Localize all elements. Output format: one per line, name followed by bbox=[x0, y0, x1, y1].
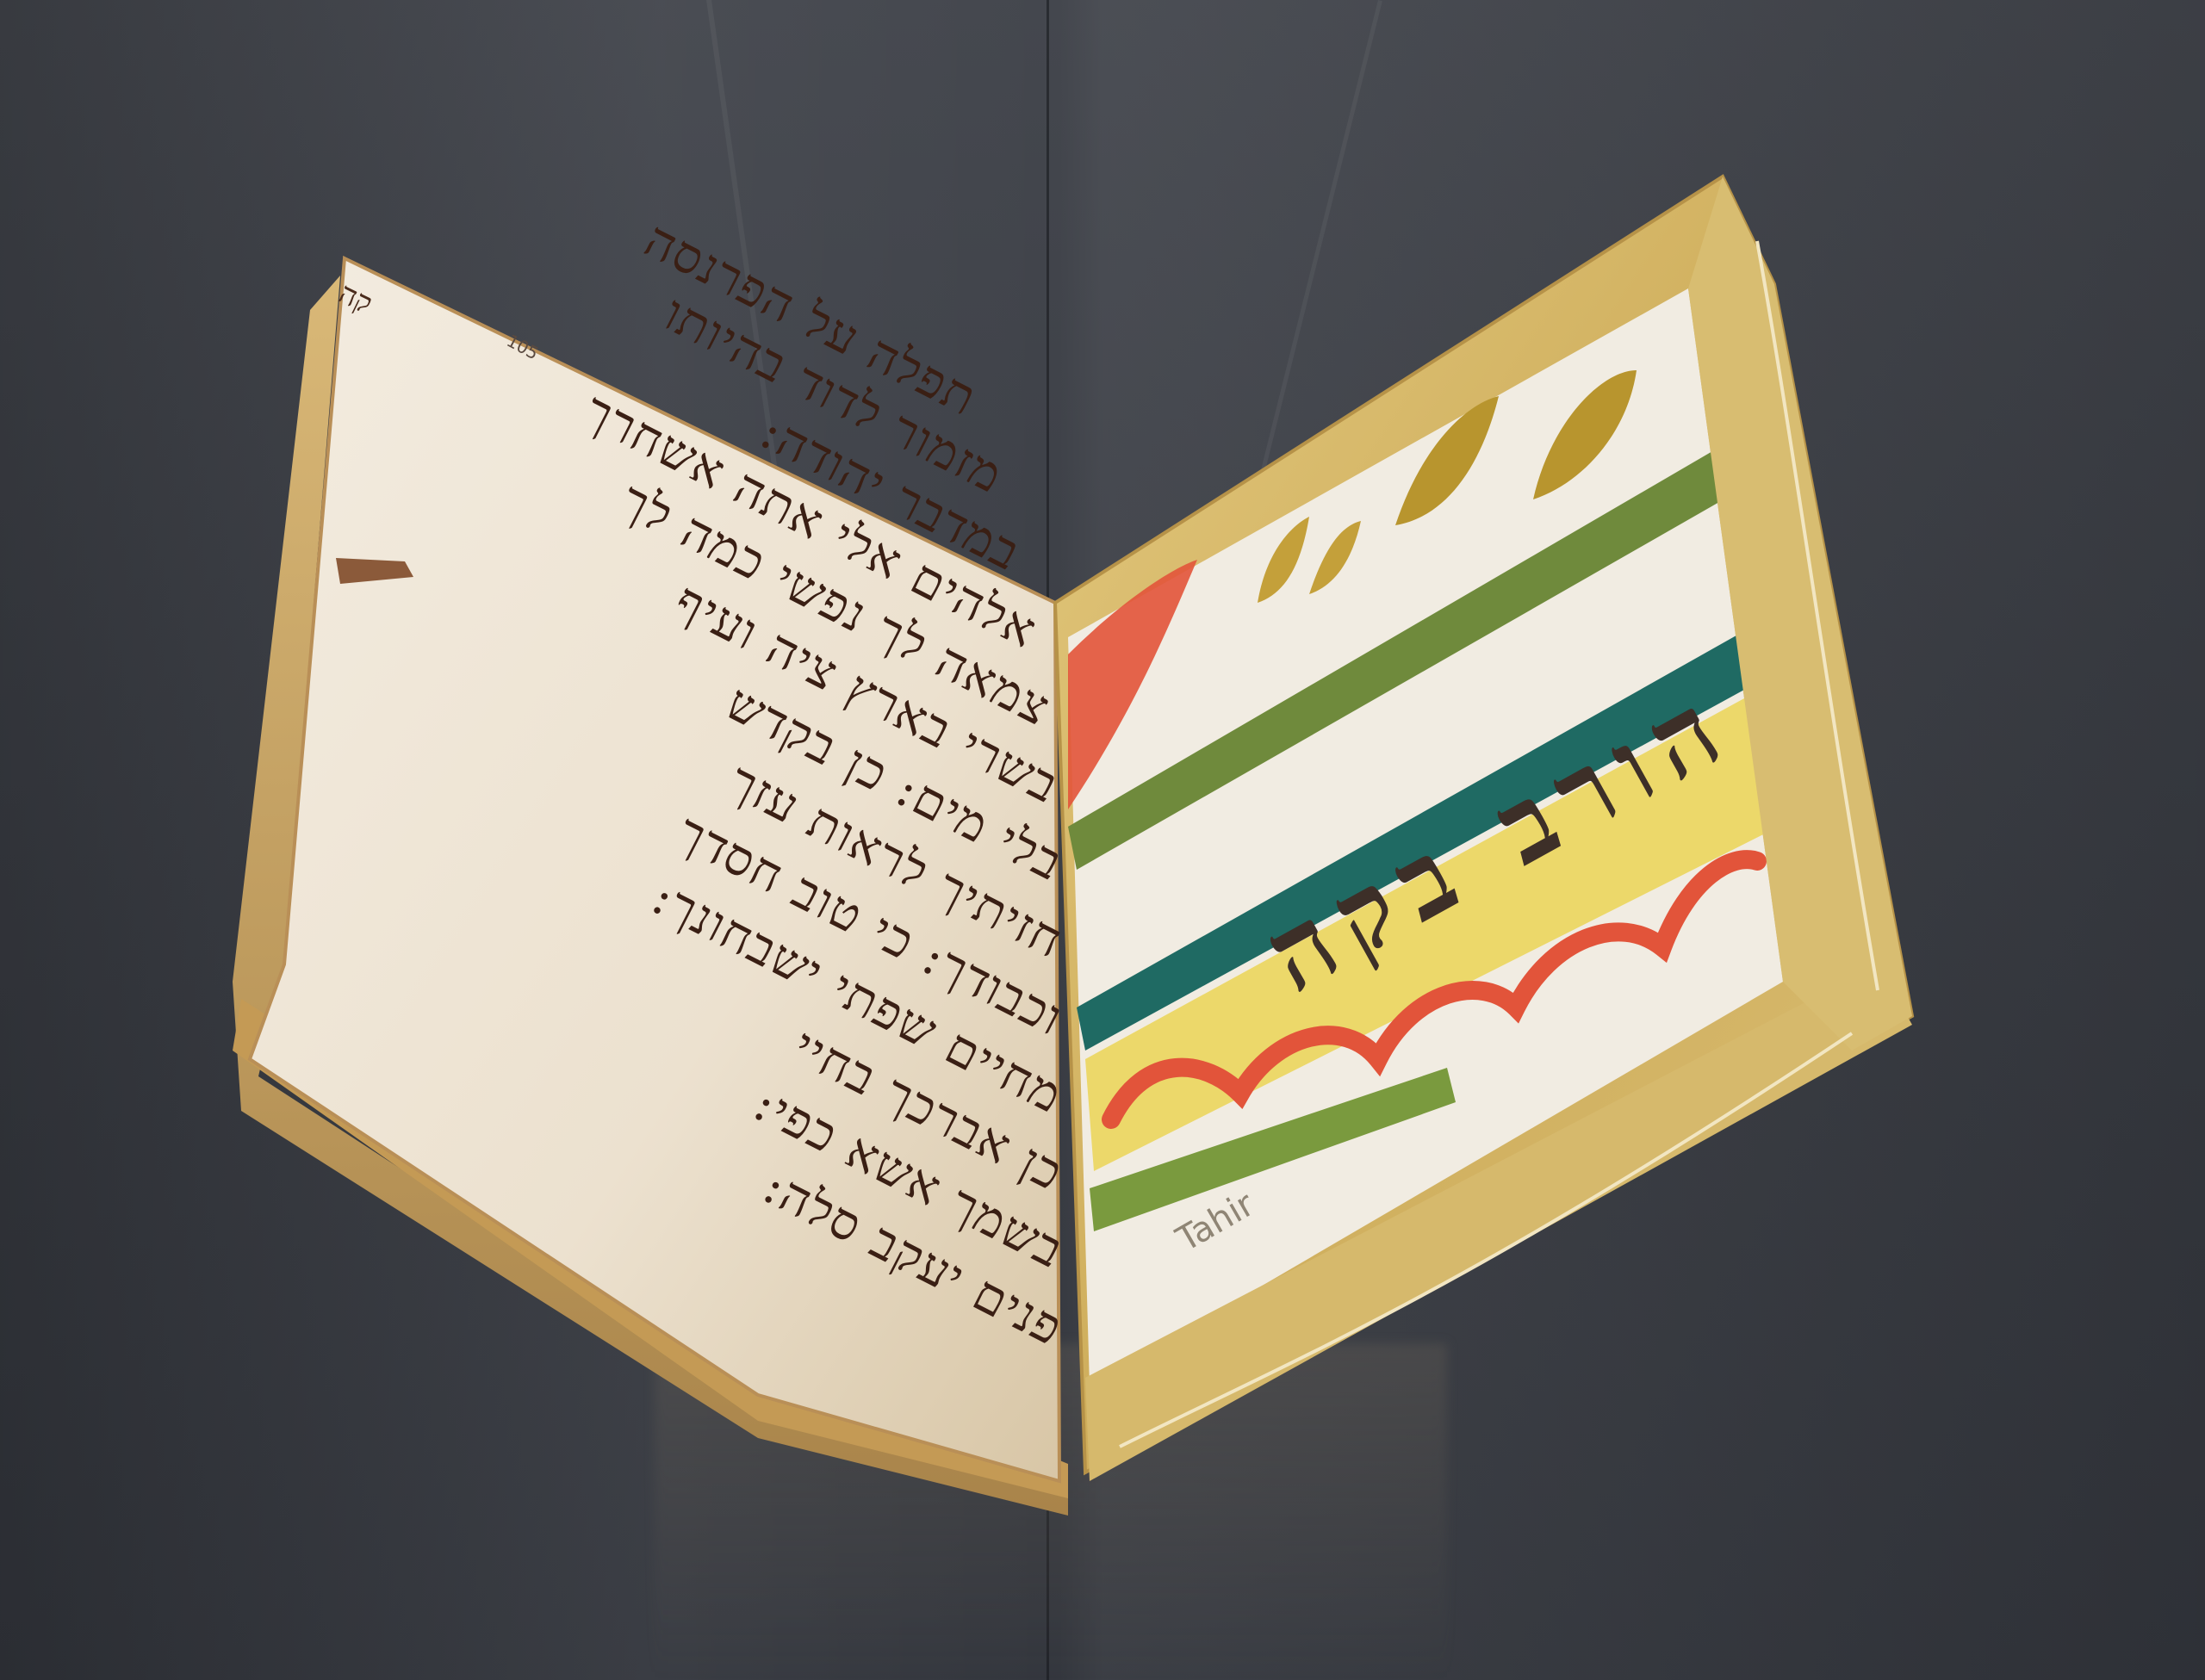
book-illustration bbox=[0, 0, 2205, 1680]
right-page bbox=[1055, 177, 1912, 1481]
left-page bbox=[250, 258, 1059, 1481]
